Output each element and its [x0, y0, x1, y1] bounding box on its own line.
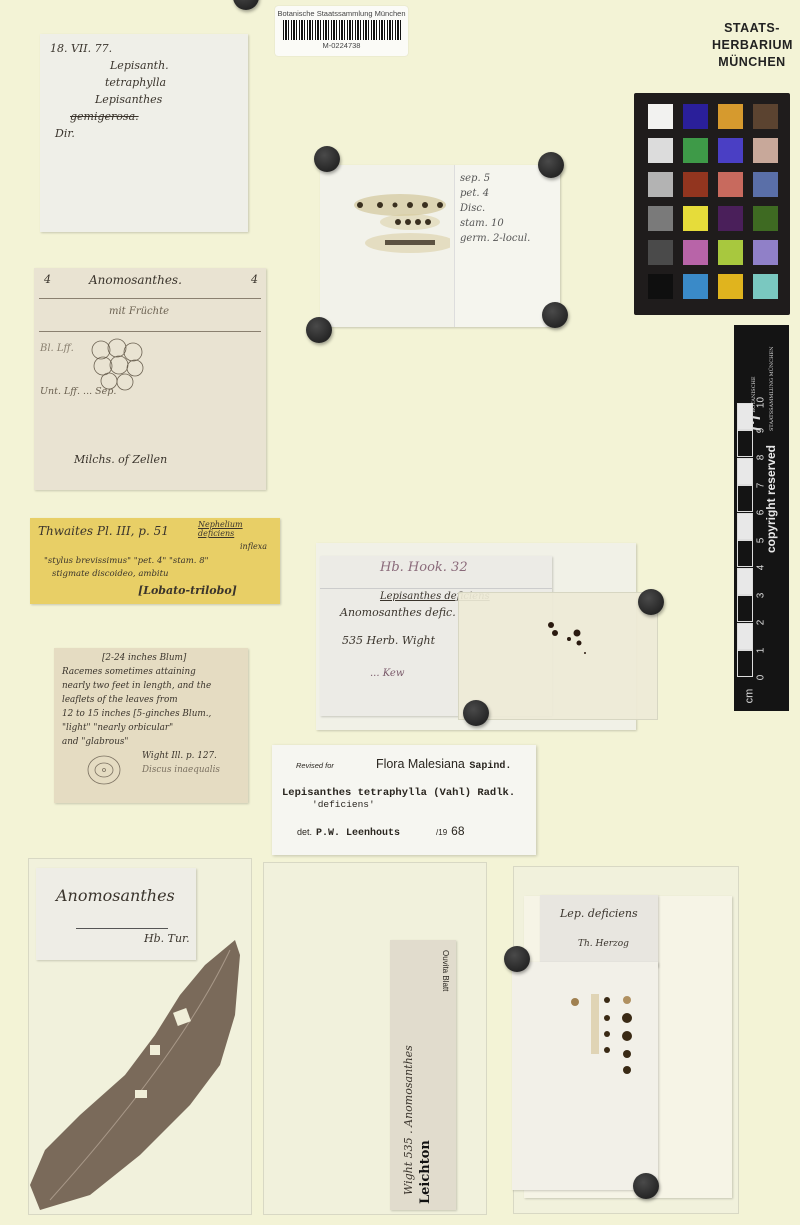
note-title: Anomosanthes. [89, 273, 182, 287]
color-swatch [753, 138, 778, 163]
note-line: Thwaites Pl. III, p. 51 [38, 524, 169, 538]
scale-tick-label: 8 [756, 451, 767, 465]
magnet [306, 317, 332, 343]
card-collector: Th. Herzog [578, 939, 629, 949]
color-swatch [648, 240, 673, 265]
note-line: "light" "nearly orbicular" [62, 721, 240, 735]
note-line: 18. VII. 77. [50, 40, 238, 57]
scale-tick-label: 6 [756, 506, 767, 520]
card-title: Lep. deficiens [560, 907, 638, 920]
anomosanthes-sketch-note: 4 Anomosanthes. 4 mit Früchte Bl. Lff. U… [34, 268, 266, 490]
barcode-accession: M-0224738 [275, 41, 408, 50]
header-line: MÜNCHEN [712, 54, 792, 71]
dissection-packet: sep. 5 pet. 4 Disc. stam. 10 germ. 2-loc… [320, 165, 560, 327]
project-name: Flora Malesiana [376, 757, 465, 771]
scale-segment [737, 485, 753, 512]
herbarium-header: STAATS- HERBARIUM MÜNCHEN [712, 20, 792, 71]
note-line: sep. 5 [460, 171, 530, 186]
cell-sketch-icon [89, 338, 149, 393]
color-swatch [648, 172, 673, 197]
barcode-icon [283, 20, 401, 40]
card-title: Anomosanthes [56, 886, 175, 905]
scale-bar: M BOTANISCHE STAATSSAMMLUNG MÜNCHEN copy… [734, 325, 789, 711]
note-line: [2-24 inches Blum] [62, 651, 240, 665]
note-line: 12 to 15 inches [5-ginches Blum., [62, 707, 240, 721]
color-swatch [683, 240, 708, 265]
scale-segment [737, 430, 753, 457]
note-line: nearly two feet in length, and the [62, 679, 240, 693]
color-swatch [648, 274, 673, 299]
dried-leaf-specimen-icon [30, 935, 240, 1210]
scale-tick-label: 2 [756, 616, 767, 630]
scale-tick-label: 9 [756, 423, 767, 437]
handwritten-note-top-left: 18. VII. 77. Lepisanth. tetraphylla Lepi… [40, 34, 248, 232]
color-swatch [683, 206, 708, 231]
determiner-name: P.W. Leenhouts [316, 828, 426, 839]
scale-tick-label: 5 [756, 533, 767, 547]
color-swatch [718, 172, 743, 197]
seeds-icon [539, 613, 619, 693]
note-line: [Lobato-trilobo] [138, 584, 237, 597]
note-line: "stylus brevissimus" "pet. 4" "stam. 8" [44, 556, 209, 566]
note-line: and "glabrous" [62, 735, 240, 749]
barcode-label: Botanische Staatssammlung München M-0224… [275, 6, 408, 56]
determination-year: 68 [451, 824, 464, 838]
note-line: Disc. [460, 201, 530, 216]
color-swatch [753, 172, 778, 197]
strip-printed-small: Ouvita Blatt [441, 950, 450, 991]
scale-tick-label: 1 [756, 643, 767, 657]
color-swatch [648, 138, 673, 163]
color-swatch [648, 104, 673, 129]
note-line: 535 Herb. Wight [342, 634, 435, 647]
lep-deficiens-card: Lep. deficiens Th. Herzog [540, 895, 658, 967]
note-line: leaflets of the leaves from [62, 693, 240, 707]
revised-for-label: Revised for [282, 761, 334, 770]
color-swatch [753, 274, 778, 299]
note-corner: 4 [44, 273, 51, 286]
color-swatch [718, 240, 743, 265]
color-swatch [718, 274, 743, 299]
strip-printed-name: Leichton [418, 1140, 433, 1204]
scale-segment [737, 595, 753, 622]
wight-note: [2-24 inches Blum] Racemes sometimes att… [54, 648, 248, 803]
note-line: Nephelium deficiens [198, 520, 280, 538]
note-line: inflexa [240, 542, 267, 551]
color-swatch [718, 206, 743, 231]
note-line: Hb. Hook. 32 [380, 560, 468, 575]
det-prefix: det. [282, 827, 312, 837]
color-calibration-chart [634, 93, 790, 315]
color-swatch [753, 206, 778, 231]
note-line: Racemes sometimes attaining [62, 665, 240, 679]
magnet [633, 1173, 659, 1199]
note-line: mit Früchte [109, 306, 169, 317]
seed-packet-note [512, 962, 658, 1190]
note-line: Lepisanthes [50, 91, 238, 108]
magnet [314, 146, 340, 172]
color-swatch [683, 104, 708, 129]
note-line: germ. 2-locul. [460, 231, 530, 246]
scale-segment [737, 458, 753, 485]
year-prefix: /19 [436, 828, 447, 837]
note-line: stam. 10 [460, 216, 530, 231]
magnet [233, 0, 259, 10]
color-swatch [753, 240, 778, 265]
color-swatch [648, 206, 673, 231]
magnet [538, 152, 564, 178]
note-line: pet. 4 [460, 186, 530, 201]
color-swatch [683, 172, 708, 197]
scale-tick-label: 7 [756, 478, 767, 492]
family-name: Sapind. [469, 761, 511, 772]
magnet [504, 946, 530, 972]
dissected-flower-parts-icon [350, 190, 450, 260]
seeds-icon [567, 992, 647, 1082]
barcode-institution: Botanische Staatssammlung München [275, 6, 408, 18]
scale-segment [737, 568, 753, 595]
flower-diagram-icon [84, 750, 124, 790]
scale-tick-label: 10 [756, 396, 767, 410]
taxon-epithet: 'deficiens' [282, 799, 526, 810]
note-corner: 4 [251, 273, 258, 286]
scale-segment [737, 623, 753, 650]
note-line: stigmate discoideo, ambitu [52, 569, 169, 579]
scale-segment [737, 513, 753, 540]
magnet [638, 589, 664, 615]
color-swatch [683, 274, 708, 299]
note-line: Bl. Lff. [40, 343, 74, 354]
strip-handwritten: Wight 535 . Anomosanthes [402, 1045, 415, 1195]
wight-535-strip: Wight 535 . Anomosanthes Leichton Ouvita… [390, 940, 456, 1210]
color-swatch [753, 104, 778, 129]
scale-tick-label: 3 [756, 588, 767, 602]
copyright-text: copyright reserved [764, 445, 784, 553]
scale-segment [737, 403, 753, 430]
magnet [542, 302, 568, 328]
note-line: ... Kew [370, 668, 404, 679]
note-line: Unt. Lff. ... Sep. [40, 386, 116, 397]
seed-glassine-packet [458, 592, 658, 720]
determination-label: Revised for Flora Malesiana Sapind. Lepi… [272, 745, 536, 855]
unit-label: cm [743, 689, 755, 704]
color-swatch [683, 138, 708, 163]
note-line: Milchs. of Zellen [74, 453, 167, 466]
note-line: tetraphylla [50, 74, 238, 91]
taxon-name: Lepisanthes tetraphylla (Vahl) Radlk. [282, 787, 526, 799]
note-line: gemigerosa. [50, 108, 238, 125]
note-line: Dir. [50, 125, 238, 142]
scale-tick-label: 4 [756, 561, 767, 575]
note-line: Anomosanthes defic. [340, 606, 456, 619]
scale-tick-label: 0 [756, 671, 767, 685]
color-swatch [718, 138, 743, 163]
header-line: HERBARIUM [712, 37, 792, 54]
scale-segment [737, 540, 753, 567]
yellow-note: Thwaites Pl. III, p. 51 Nephelium defici… [30, 518, 280, 604]
color-swatch [718, 104, 743, 129]
magnet [463, 700, 489, 726]
header-line: STAATS- [712, 20, 792, 37]
scale-segment [737, 650, 753, 677]
note-line: Lepisanth. [50, 57, 238, 74]
